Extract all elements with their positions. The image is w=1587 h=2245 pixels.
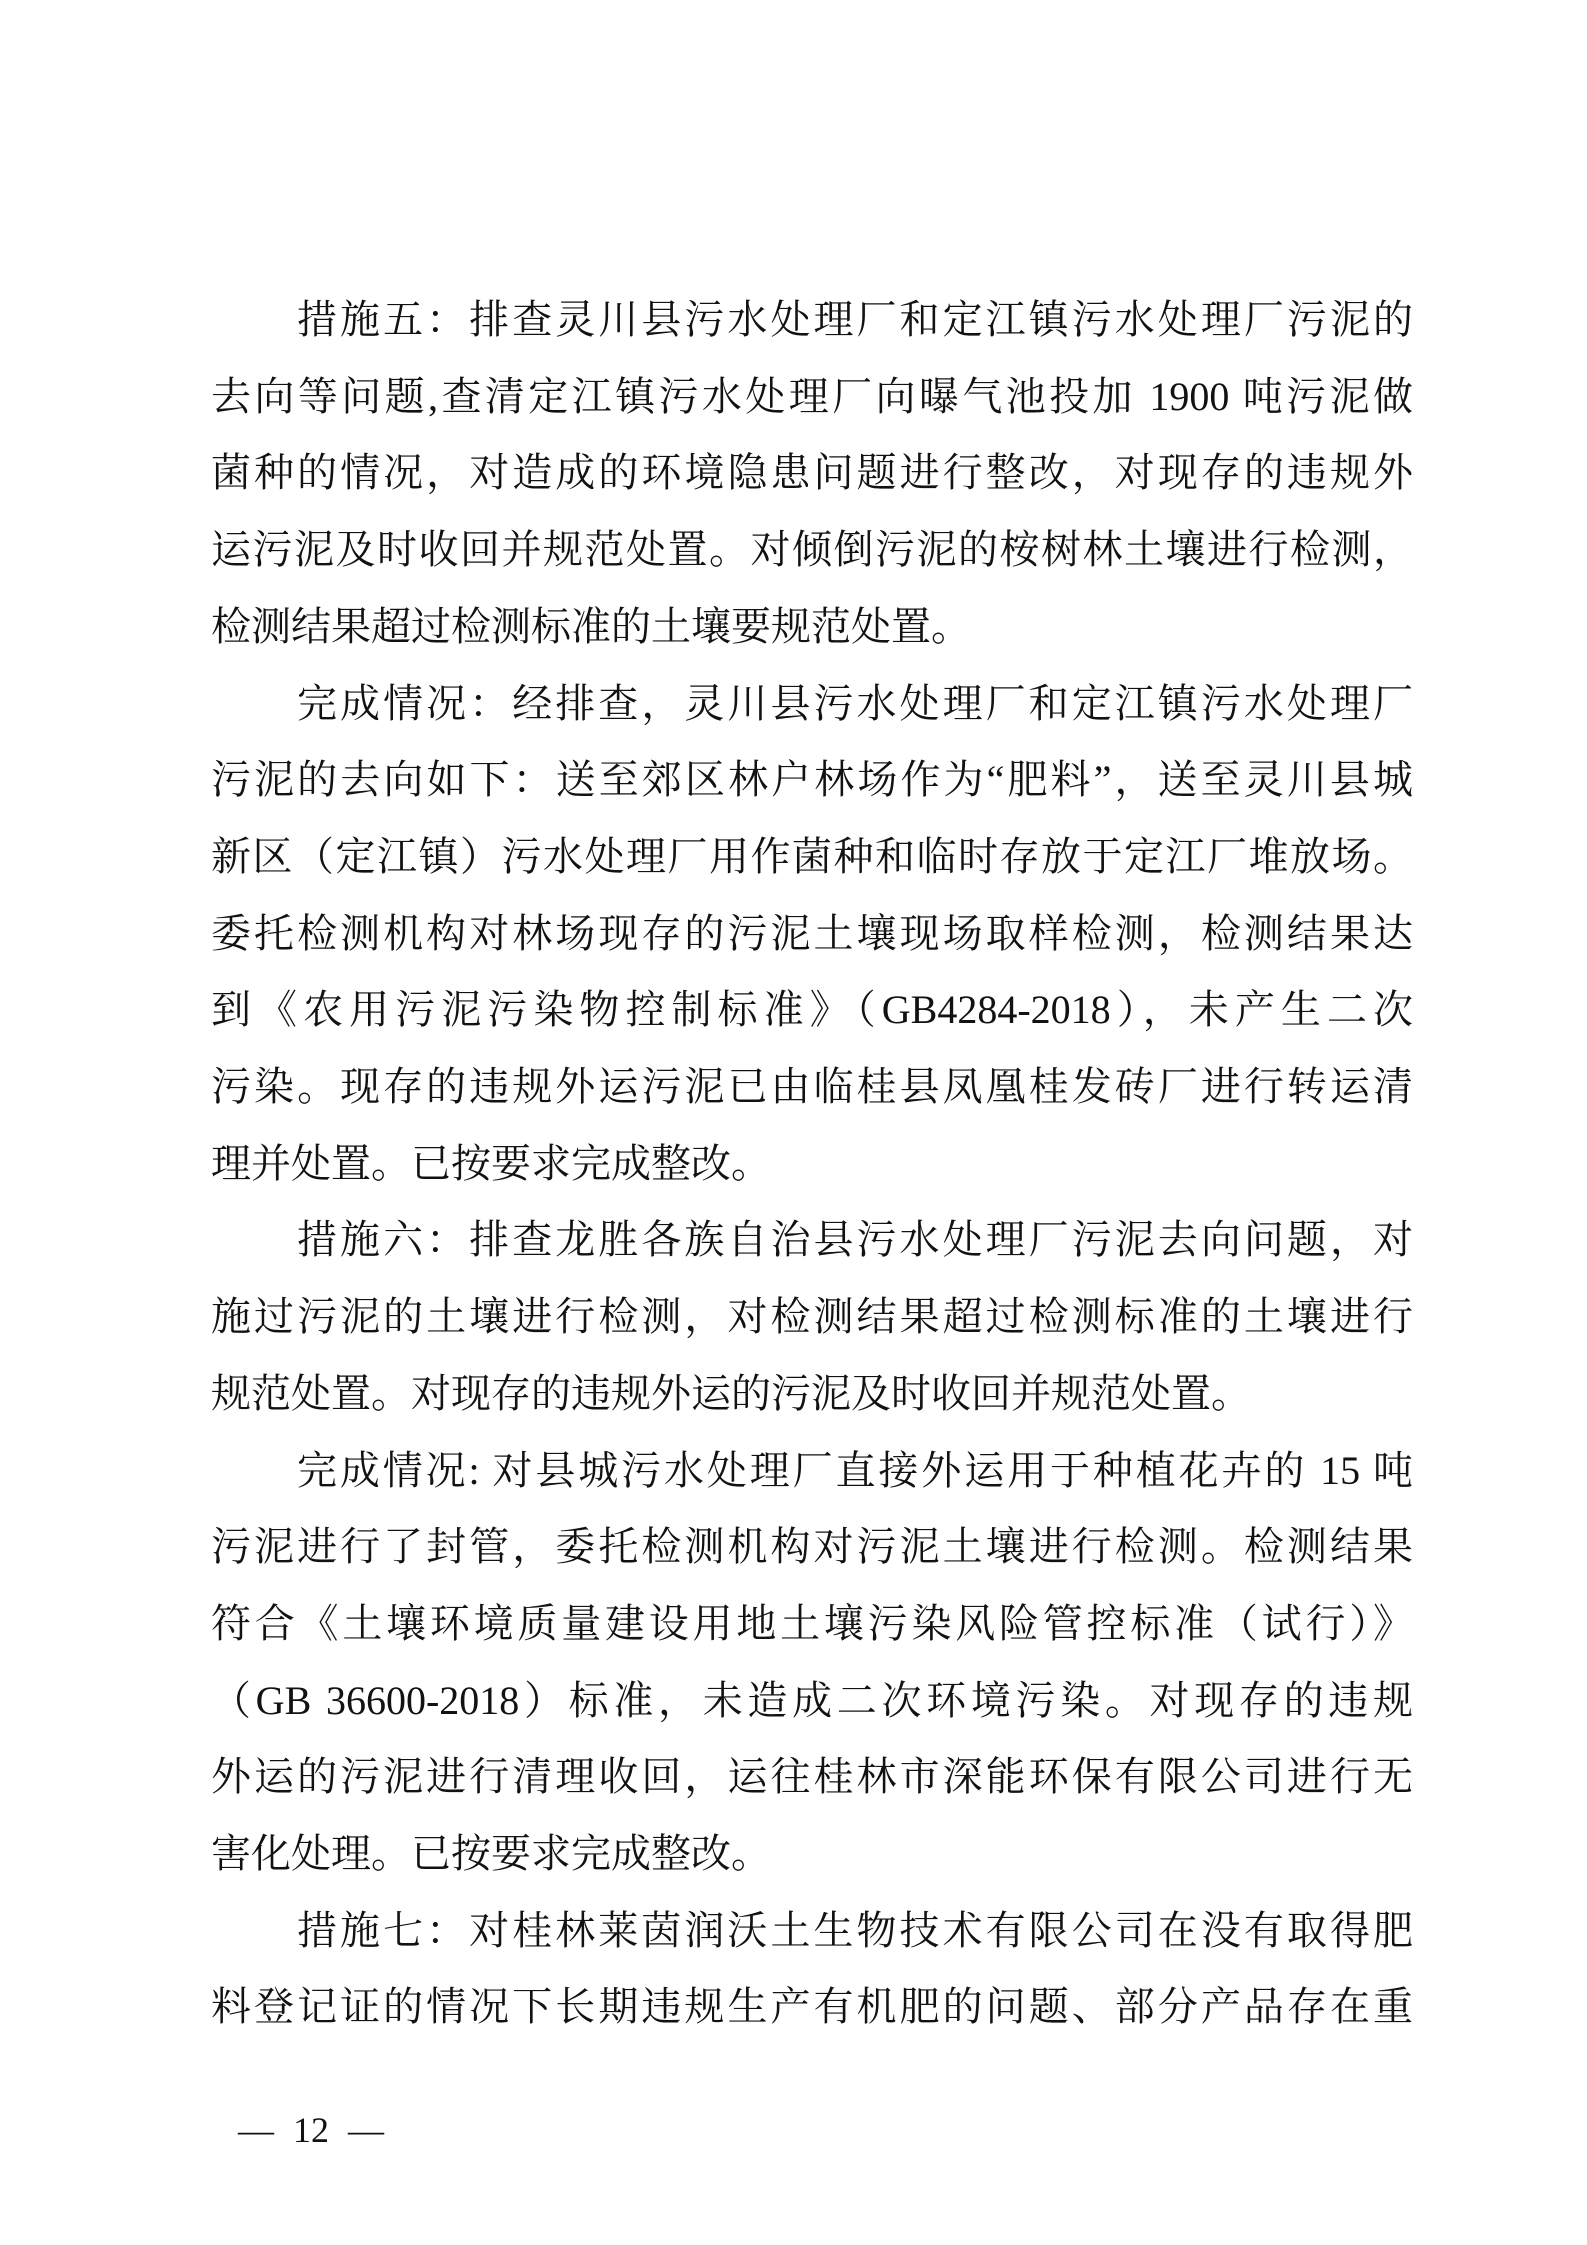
text-line: 施过污泥的土壤进行检测，对检测结果超过检测标准的土壤进行 xyxy=(211,1279,1413,1356)
text-line: 污泥的去向如下：送至郊区林户林场作为“肥料”，送至灵川县城 xyxy=(211,742,1413,819)
text-line: 外运的污泥进行清理收回，运往桂林市深能环保有限公司进行无 xyxy=(211,1739,1413,1816)
text-line: 措施五：排查灵川县污水处理厂和定江镇污水处理厂污泥的 xyxy=(211,282,1413,359)
text-line: 委托检测机构对林场现存的污泥土壤现场取样检测，检测结果达 xyxy=(211,896,1413,973)
text-line: 污染。现存的违规外运污泥已由临桂县凤凰桂发砖厂进行转运清 xyxy=(211,1049,1413,1126)
text-line: 完成情况：经排查，灵川县污水处理厂和定江镇污水处理厂 xyxy=(211,666,1413,743)
text-line: 新区（定江镇）污水处理厂用作菌种和临时存放于定江厂堆放场。 xyxy=(211,819,1413,896)
text-line: 菌种的情况，对造成的环境隐患问题进行整改，对现存的违规外 xyxy=(211,435,1413,512)
document-body: 措施五：排查灵川县污水处理厂和定江镇污水处理厂污泥的去向等问题,查清定江镇污水处… xyxy=(211,282,1413,2046)
text-line: 检测结果超过检测标准的土壤要规范处置。 xyxy=(211,589,1413,666)
text-line: 完成情况: 对县城污水处理厂直接外运用于种植花卉的 15 吨 xyxy=(211,1433,1413,1510)
text-line: 规范处置。对现存的违规外运的污泥及时收回并规范处置。 xyxy=(211,1356,1413,1433)
document-page: 措施五：排查灵川县污水处理厂和定江镇污水处理厂污泥的去向等问题,查清定江镇污水处… xyxy=(0,0,1587,2245)
text-line: 料登记证的情况下长期违规生产有机肥的问题、部分产品存在重 xyxy=(211,1969,1413,2046)
text-line: 措施七：对桂林莱茵润沃土生物技术有限公司在没有取得肥 xyxy=(211,1893,1413,1970)
text-line: 污泥进行了封管，委托检测机构对污泥土壤进行检测。检测结果 xyxy=(211,1509,1413,1586)
footer-dash-right: — xyxy=(348,2110,384,2150)
text-line: 措施六：排查龙胜各族自治县污水处理厂污泥去向问题，对 xyxy=(211,1202,1413,1279)
text-line: （GB 36600-2018）标准，未造成二次环境污染。对现存的违规 xyxy=(211,1663,1413,1740)
text-line: 运污泥及时收回并规范处置。对倾倒污泥的桉树林土壤进行检测， xyxy=(211,512,1413,589)
text-line: 符合《土壤环境质量建设用地土壤污染风险管控标准（试行）》 xyxy=(211,1586,1413,1663)
text-line: 理并处置。已按要求完成整改。 xyxy=(211,1126,1413,1203)
footer-dash-left: — xyxy=(238,2110,274,2150)
text-line: 去向等问题,查清定江镇污水处理厂向曝气池投加 1900 吨污泥做 xyxy=(211,359,1413,436)
page-footer: —12— xyxy=(238,2108,384,2152)
text-line: 到《农用污泥污染物控制标准》（GB4284-2018），未产生二次 xyxy=(211,972,1413,1049)
text-line: 害化处理。已按要求完成整改。 xyxy=(211,1816,1413,1893)
page-number: 12 xyxy=(293,2110,329,2150)
